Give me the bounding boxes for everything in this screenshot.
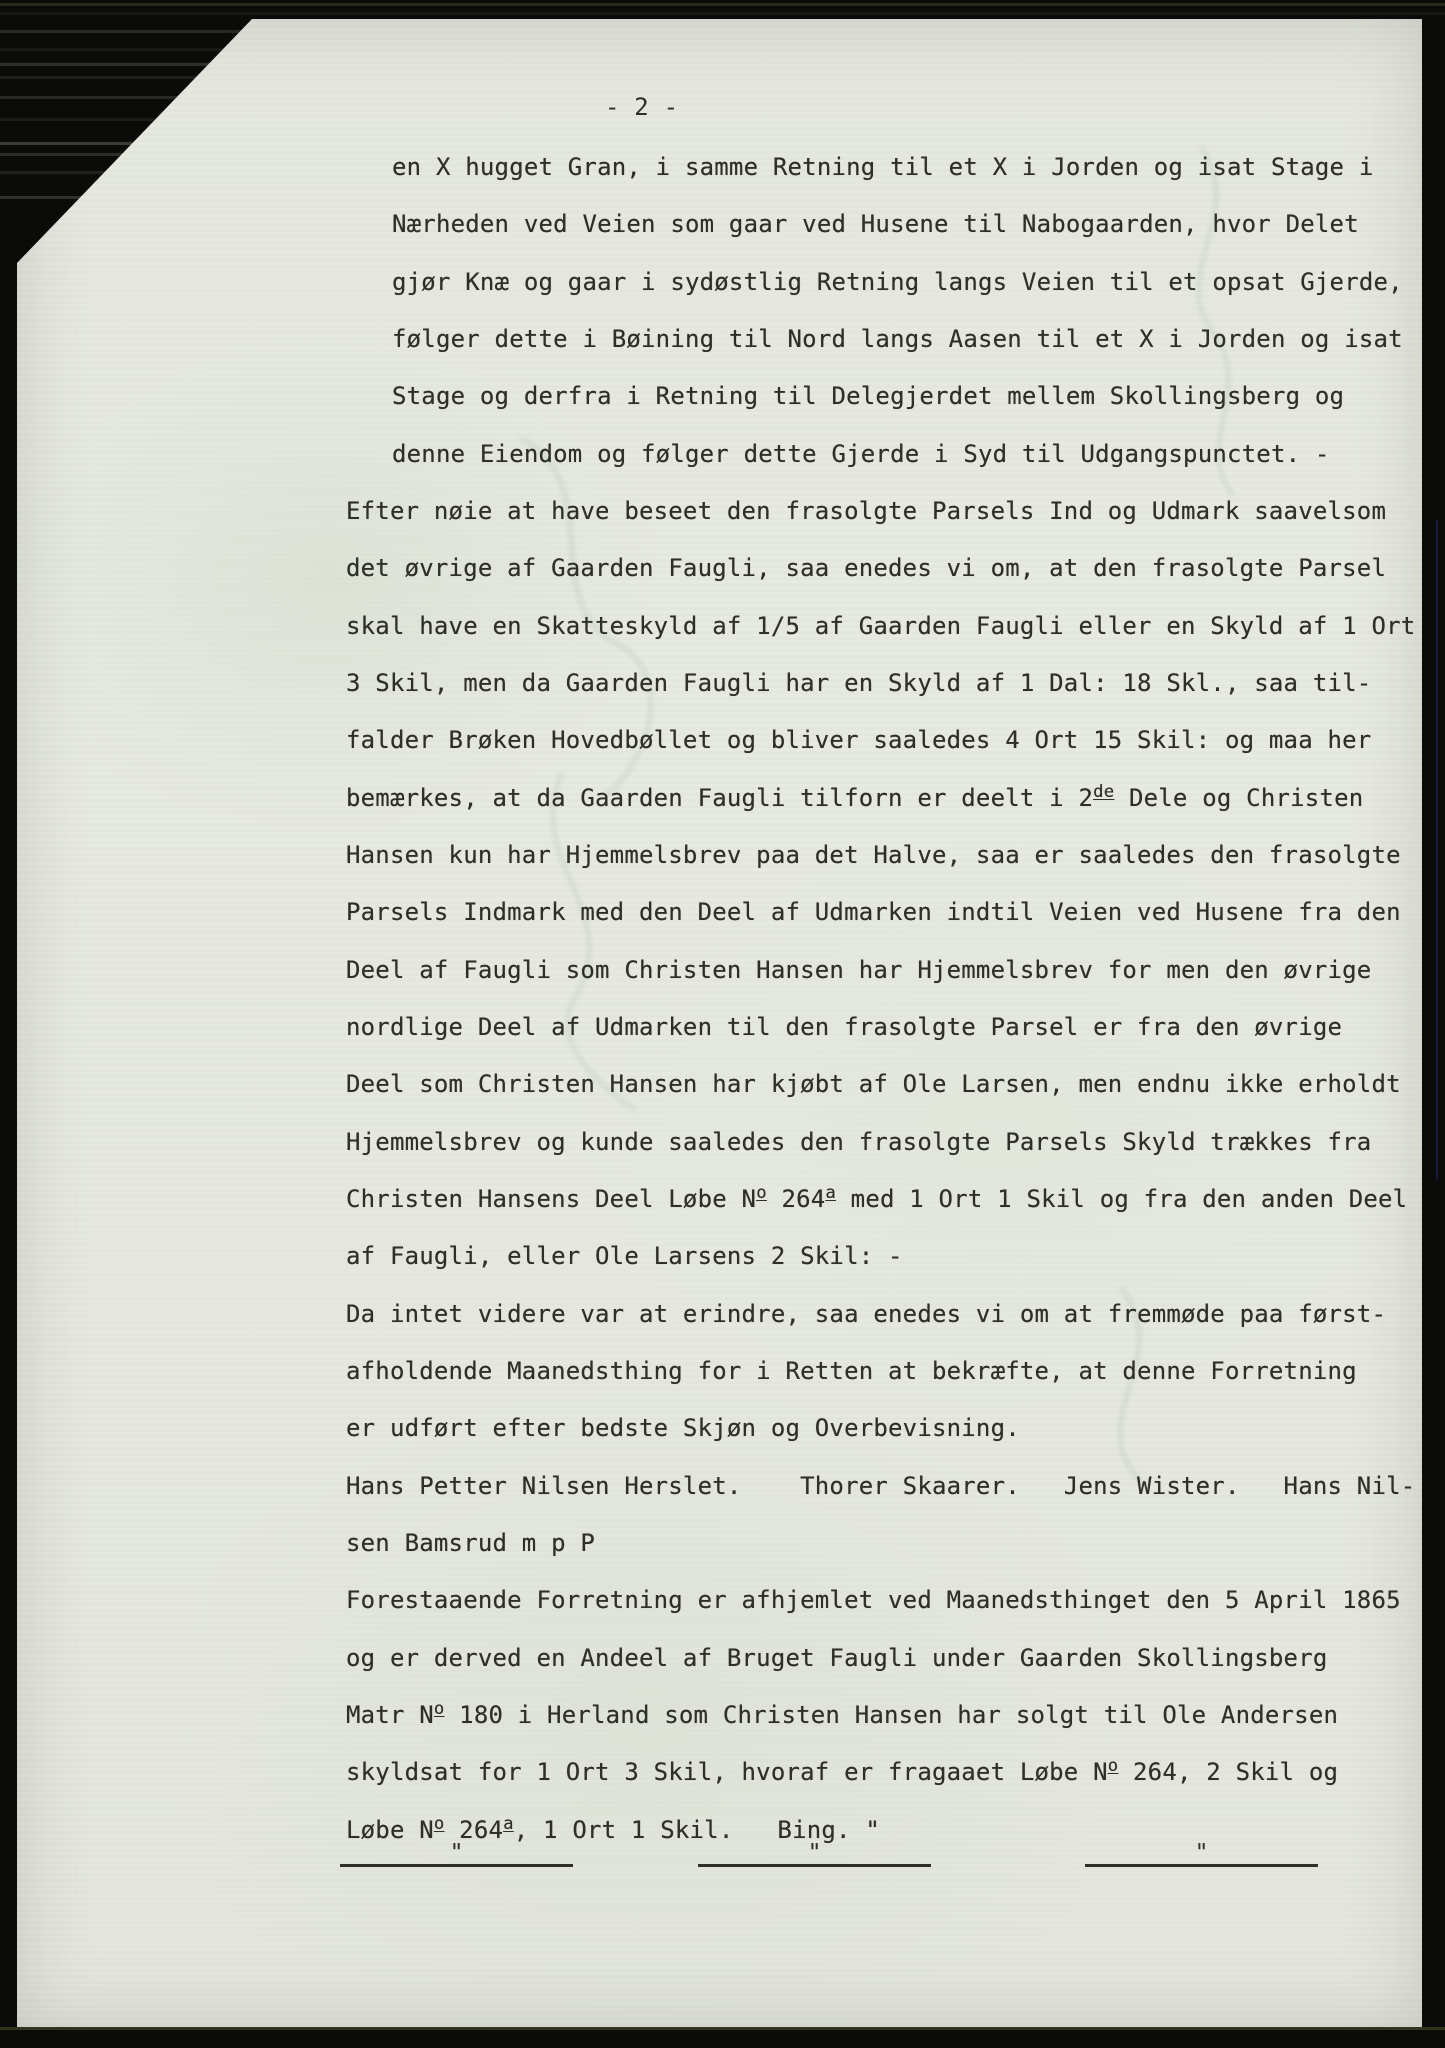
superscript: de — [1093, 782, 1114, 802]
text-line: Christen Hansens Deel Løbe No 264a med 1… — [346, 1185, 1407, 1213]
text-line: skal have en Skatteskyld af 1/5 af Gaard… — [346, 612, 1415, 640]
text-line: af Faugli, eller Ole Larsens 2 Skil: - — [346, 1242, 903, 1270]
scan-edge-line — [0, 3, 1445, 6]
ditto-separator-line: " — [698, 1840, 931, 1867]
ditto-separator-line: " — [1085, 1840, 1318, 1867]
text-line: er udført efter bedste Skjøn og Overbevi… — [346, 1414, 1020, 1442]
text-line: det øvrige af Gaarden Faugli, saa enedes… — [346, 554, 1386, 582]
text-line: sen Bamsrud m p P — [346, 1529, 595, 1557]
ditto-separator-line: " — [340, 1840, 573, 1867]
text-line: Hansen kun har Hjemmelsbrev paa det Halv… — [346, 841, 1401, 869]
ditto-mark: " — [1195, 1842, 1209, 1864]
scan-streak — [0, 63, 230, 66]
text-line: denne Eiendom og følger dette Gjerde i S… — [392, 440, 1330, 468]
paper-sheet: - 2 - en X hugget Gran, i samme Retning … — [17, 19, 1422, 2030]
superscript: o — [434, 1699, 445, 1719]
text-line: Hjemmelsbrev og kunde saaledes den fraso… — [346, 1128, 1371, 1156]
ditto-mark: " — [808, 1842, 822, 1864]
text-line: nordlige Deel af Udmarken til den frasol… — [346, 1013, 1342, 1041]
text-line: følger dette i Bøining til Nord langs Aa… — [392, 325, 1403, 353]
scan-streak — [0, 76, 215, 79]
text-line: gjør Knæ og gaar i sydøstlig Retning lan… — [392, 268, 1403, 296]
scan-streak — [0, 48, 240, 51]
text-line: Hans Petter Nilsen Herslet. Thorer Skaar… — [346, 1472, 1415, 1500]
text-line: Deel som Christen Hansen har kjøbt af Ol… — [346, 1070, 1401, 1098]
superscript: o — [1108, 1756, 1119, 1776]
scan-streak — [0, 12, 1445, 15]
superscript: a — [825, 1183, 836, 1203]
text-line: Da intet videre var at erindre, saa ened… — [346, 1300, 1386, 1328]
text-line: falder Brøken Hovedbøllet og bliver saal… — [346, 726, 1371, 754]
superscript: o — [434, 1814, 445, 1834]
scanned-archive-page: { "page": { "number_label": "- 2 -" }, "… — [0, 0, 1445, 2048]
text-line: afholdende Maanedsthing for i Retten at … — [346, 1357, 1357, 1385]
scan-streak — [0, 96, 200, 99]
ditto-mark: " — [450, 1842, 464, 1864]
scan-streak — [0, 30, 250, 33]
text-line: Parsels Indmark med den Deel af Udmarken… — [346, 898, 1401, 926]
text-line: og er derved en Andeel af Bruget Faugli … — [346, 1644, 1328, 1672]
superscript: o — [756, 1183, 767, 1203]
text-line: Nærheden ved Veien som gaar ved Husene t… — [392, 210, 1359, 238]
text-line: Stage og derfra i Retning til Delegjerde… — [392, 382, 1344, 410]
page-number: - 2 - — [605, 93, 678, 121]
text-line: en X hugget Gran, i samme Retning til et… — [392, 153, 1374, 181]
superscript: a — [503, 1814, 514, 1834]
scan-artifact-line — [1436, 520, 1438, 1180]
text-line: Deel af Faugli som Christen Hansen har H… — [346, 956, 1371, 984]
text-line: Forestaaende Forretning er afhjemlet ved… — [346, 1586, 1401, 1614]
text-line: 3 Skil, men da Gaarden Faugli har en Sky… — [346, 669, 1371, 697]
text-line: bemærkes, at da Gaarden Faugli tilforn e… — [346, 784, 1363, 812]
scan-edge-line-bottom — [0, 2027, 1445, 2030]
text-line: skyldsat for 1 Ort 3 Skil, hvoraf er fra… — [346, 1758, 1338, 1786]
text-line: Efter nøie at have beseet den frasolgte … — [346, 497, 1386, 525]
text-line: Matr No 180 i Herland som Christen Hanse… — [346, 1701, 1338, 1729]
